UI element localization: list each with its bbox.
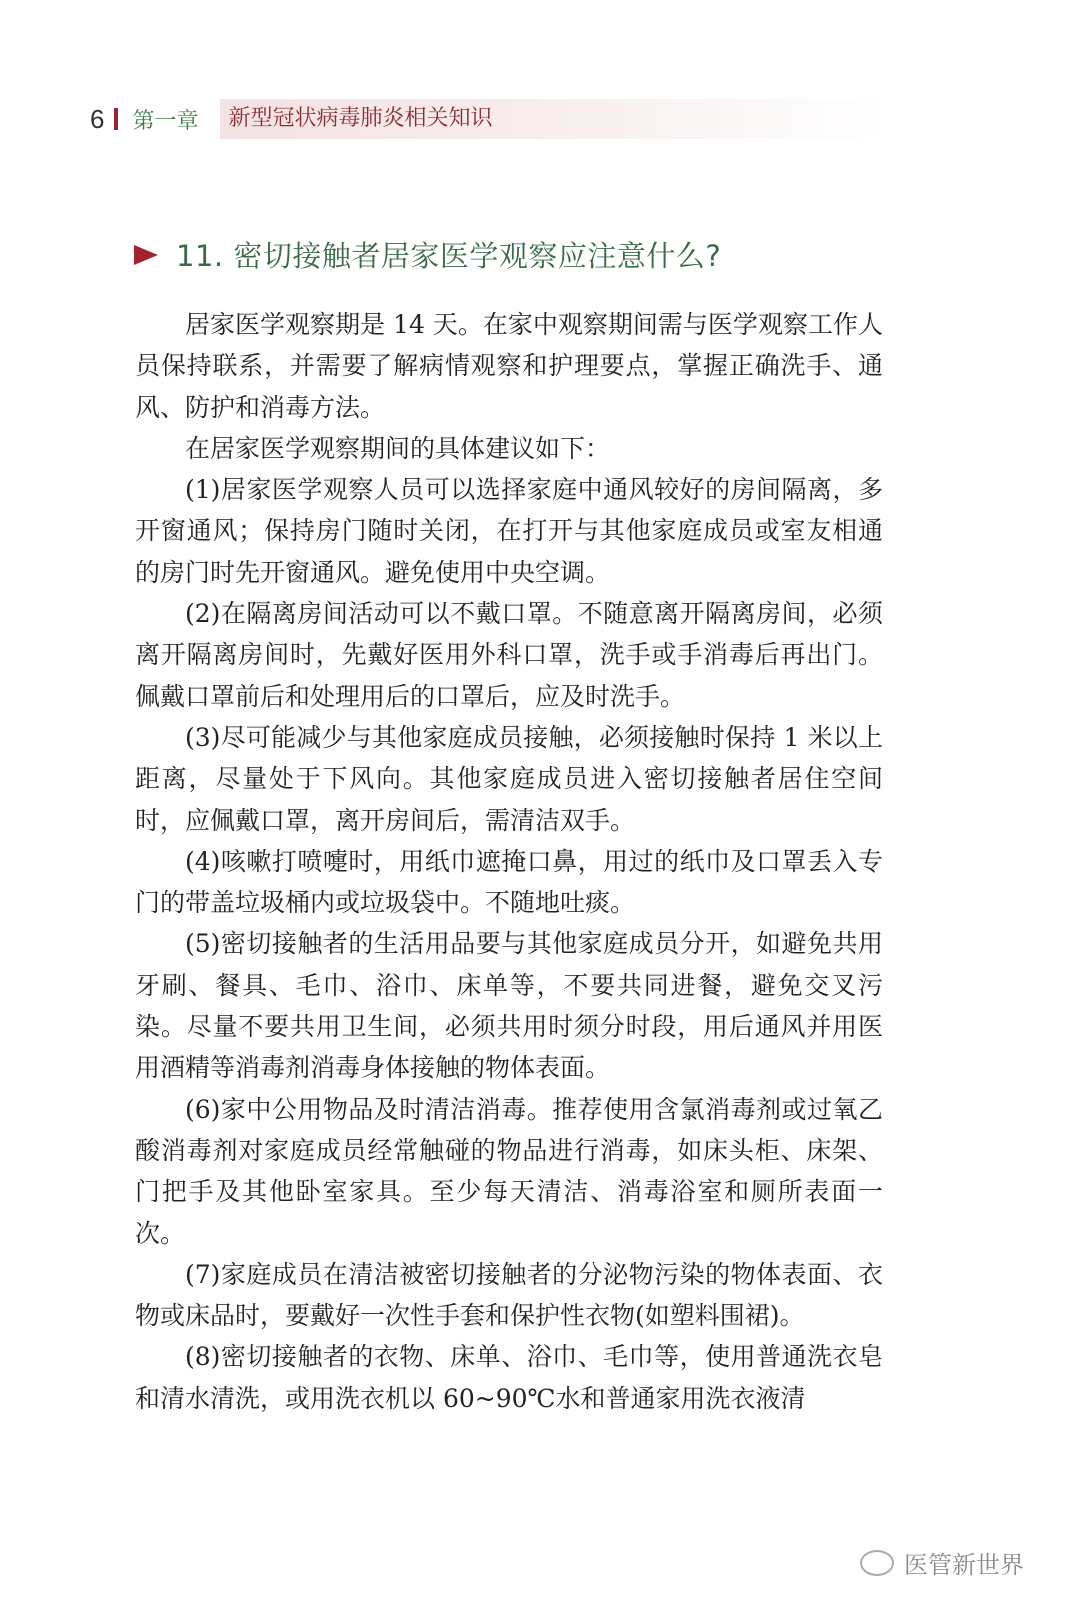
wechat-icon (860, 1550, 894, 1576)
arrow-right-icon (134, 245, 158, 265)
paragraph: 在居家医学观察期间的具体建议如下： (135, 428, 883, 469)
paragraph: (2)在隔离房间活动可以不戴口罩。不随意离开隔离房间，必须离开隔离房间时，先戴好… (135, 593, 883, 717)
chapter-title: 新型冠状病毒肺炎相关知识 (220, 99, 890, 139)
question-heading: 11. 密切接触者居家医学观察应注意什么? (134, 234, 721, 275)
question-title: 11. 密切接触者居家医学观察应注意什么? (176, 234, 721, 275)
paragraph: (3)尽可能减少与其他家庭成员接触，必须接触时保持 1 米以上距离，尽量处于下风… (135, 717, 883, 841)
paragraph: (6)家中公用物品及时清洁消毒。推荐使用含氯消毒剂或过氧乙酸消毒剂对家庭成员经常… (135, 1089, 883, 1254)
paragraph: (1)居家医学观察人员可以选择家庭中通风较好的房间隔离，多开窗通风；保持房门随时… (135, 469, 883, 593)
body-text: 居家医学观察期是 14 天。在家中观察期间需与医学观察工作人员保持联系，并需要了… (135, 304, 883, 1419)
page-number: 6 (90, 104, 104, 135)
paragraph: (4)咳嗽打喷嚏时，用纸巾遮掩口鼻，用过的纸巾及口罩丢入专门的带盖垃圾桶内或垃圾… (135, 841, 883, 924)
chapter-label: 第一章 (132, 104, 198, 135)
paragraph: (8)密切接触者的衣物、床单、浴巾、毛巾等，使用普通洗衣皂和清水清洗，或用洗衣机… (135, 1336, 883, 1419)
header-divider (114, 108, 118, 130)
watermark: 医管新世界 (860, 1545, 1024, 1580)
page-header: 6 第一章 新型冠状病毒肺炎相关知识 (90, 98, 890, 140)
paragraph: 居家医学观察期是 14 天。在家中观察期间需与医学观察工作人员保持联系，并需要了… (135, 304, 883, 428)
watermark-text: 医管新世界 (904, 1545, 1024, 1580)
paragraph: (7)家庭成员在清洁被密切接触者的分泌物污染的物体表面、衣物或床品时，要戴好一次… (135, 1254, 883, 1337)
paragraph: (5)密切接触者的生活用品要与其他家庭成员分开，如避免共用牙刷、餐具、毛巾、浴巾… (135, 923, 883, 1088)
